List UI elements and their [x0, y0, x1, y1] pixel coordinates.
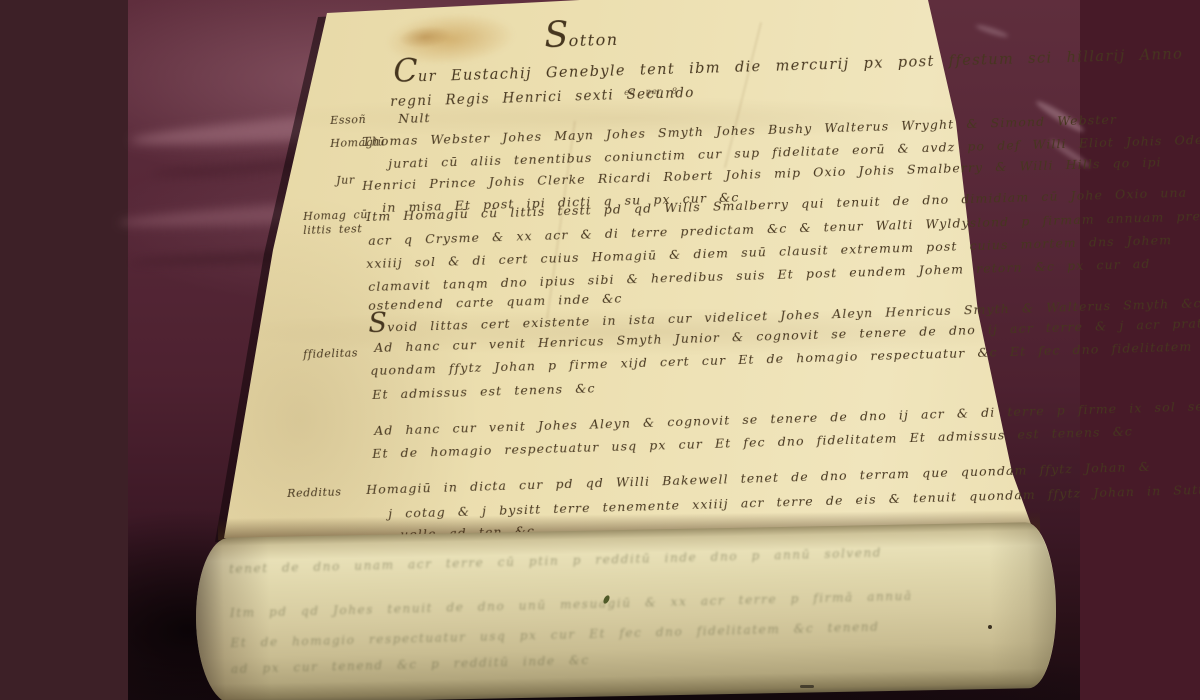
margin-note-essoin: Essoñ: [330, 113, 366, 127]
interlinear-note: eo par 8: [624, 86, 678, 98]
margin-note-fealty: ffidelitas: [303, 346, 358, 361]
bleedthrough-line: Itm pd qd Johes tenuit de dno unū mesuag…: [230, 586, 1030, 620]
debris-speck: [800, 685, 814, 688]
margin-note-homage-letters: Homag cū: [303, 208, 368, 223]
debris-speck: [988, 625, 992, 629]
entry-line: Nult: [398, 110, 431, 126]
bleedthrough-line: tenet de dno unam acr terre cū ptin p re…: [229, 542, 1029, 576]
letterbox-left-bar: [0, 0, 128, 700]
margin-note-homage-letters-2: littis test: [303, 222, 363, 237]
photo-canvas: Sotton Cur Eustachij Genebyle tent ibm d…: [0, 0, 1200, 700]
margin-note-jurors: Jur: [336, 173, 355, 187]
place-name-heading: Sotton: [544, 22, 619, 51]
rolled-parchment: tenet de dno unam acr terre cū ptin p re…: [194, 522, 1057, 700]
margin-note-rent: Redditus: [287, 485, 342, 500]
